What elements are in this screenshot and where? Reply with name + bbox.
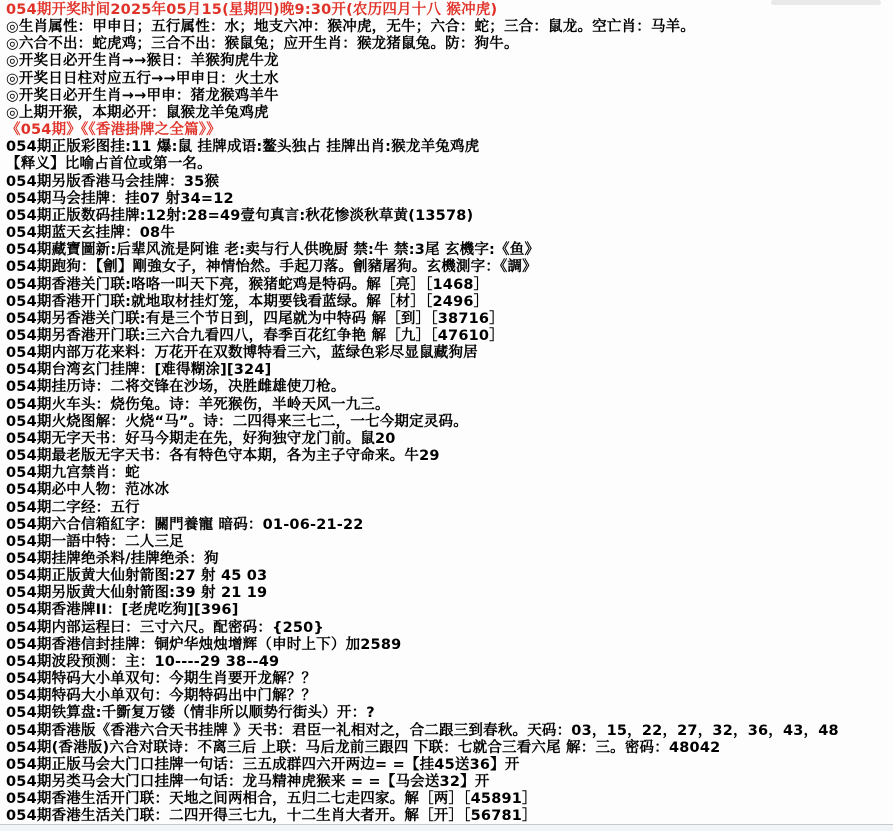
text-line: ◎生肖属性：甲申日；五行属性：水；地支六冲：猴冲虎，无牛；六合：蛇；三合：鼠龙。… [6, 19, 893, 36]
text-line: ◎开奖日日柱对应五行→→甲申日：火土水 [6, 71, 893, 88]
text-line: 054期香港开门联:就地取材挂灯笼，本期要钱看蓝绿。解［材］［2496］ [6, 294, 893, 311]
text-line: 054期香港版《香港六合天书挂牌 》天书：君臣一礼相对之，合二跟三到春秋。天码：… [6, 723, 893, 740]
text-line: 054期另版黄大仙射箭图:39 射 21 19 [6, 585, 893, 602]
text-line: 054期香港关门联:咯咯一叫天下亮，猴猪蛇鸡是特码。解［亮］［1468］ [6, 277, 893, 294]
text-line: 054期最老版无字天书：各有特色守本期，各为主子守命来。牛29 [6, 448, 893, 465]
text-line: ◎开奖日必开生肖→→甲申：猪龙猴鸡羊牛 [6, 88, 893, 105]
text-line: 054期必中人物：范冰冰 [6, 482, 893, 499]
text-line: 054期六合信箱紅字：關門養寵 暗码：01-06-21-22 [6, 517, 893, 534]
text-line: 054期跑狗：【劊】剛強女子，神情怡然。手起刀落。劊豬屠狗。玄機測字：《調》 [6, 259, 893, 276]
text-line: ◎开奖日必开生肖→→猴日：羊猴狗虎牛龙 [6, 53, 893, 70]
text-line: 054期香港生活开门联：天地之间两相合，五归二七走四家。解［两］［45891］ [6, 791, 893, 808]
text-line: 054期九宫禁肖：蛇 [6, 465, 893, 482]
text-line: 054期波段预测：主：10----29 38--49 [6, 654, 893, 671]
text-line: 054期内部运程曰：三寸六尺。配密码：{250} [6, 620, 893, 637]
text-line: 054期挂牌绝杀料/挂牌绝杀：狗 [6, 551, 893, 568]
text-line: 054期正版数码挂牌:12射:28=49壹句真言:秋花惨淡秋草黄(13578) [6, 208, 893, 225]
text-line: 054期特码大小单双句：今期生肖要开龙解？？ [6, 671, 893, 688]
text-line: 054期另香港开门联:三六合九看四八，春季百花红争艳 解［九］［47610］ [6, 328, 893, 345]
text-line: 054期香港牌II：[老虎吃狗][396] [6, 602, 893, 619]
text-line: 054期挂历诗：二将交锋在沙场，决胜雌雄使刀枪。 [6, 379, 893, 396]
text-line: ◎六合不出：蛇虎鸡；三合不出：猴鼠兔；应开生肖：猴龙猪鼠兔。防：狗牛。 [6, 36, 893, 53]
text-line: 054期(香港版)六合对联诗：不离三后 上联：马后龙前三跟四 下联：七就合三看六… [6, 740, 893, 757]
text-line: 054期香港信封挂牌：铜炉华烛烛增辉（申时上下）加2589 [6, 637, 893, 654]
text-line: 054期火烧图解：火烧“马”。诗：二四得来三七二，一七今期定灵码。 [6, 414, 893, 431]
text-line: 054期蓝天玄挂牌：08牛 [6, 225, 893, 242]
document-body: 054期开奖时间2025年05月15(星期四)晚9:30开(农历四月十八 猴冲虎… [6, 2, 893, 826]
text-line: 054期香港生活关门联：二四开得三七九，十二生肖大者开。解［开］［56781］ [6, 808, 893, 825]
highlight-line: 054期开奖时间2025年05月15(星期四)晚9:30开(农历四月十八 猴冲虎… [6, 2, 893, 19]
text-line: 054期一語中特：二人三足 [6, 534, 893, 551]
text-line: 054期藏寶圖新:后辈风流是阿谁 老:卖与行人供晚厨 禁:牛 禁:3尾 玄機字:… [6, 242, 893, 259]
text-line: 054期二字经：五行 [6, 500, 893, 517]
text-line: 054期内部万花来料：万花开在双数博特看三六，蓝绿色彩尽显鼠藏狗居 [6, 345, 893, 362]
text-line: 054期另类马会大门口挂牌一句话：龙马精神虎猴来 = =【马会送32】开 [6, 774, 893, 791]
text-line: 054期正版马会大门口挂牌一句话：三五成群四六开两边= =【挂45送36】开 [6, 757, 893, 774]
bottom-divider [0, 824, 893, 831]
text-line: 054期马会挂牌：挂07 射34=12 [6, 191, 893, 208]
text-line: 054期另版香港马会挂牌：35猴 [6, 174, 893, 191]
text-line: 054期火车头：烧伤兔。诗：羊死猴伤，半岭天风一九三。 [6, 397, 893, 414]
highlight-line: 《054期》《《香港掛牌之全篇》》 [6, 122, 893, 139]
text-line: 054期铁算盘:千斵复万镂（情非所以顺势行街头）开：? [6, 705, 893, 722]
text-line: 054期台湾玄门挂牌：[难得糊涂][324] [6, 362, 893, 379]
text-line: 054期正版黄大仙射箭图:27 射 45 03 [6, 568, 893, 585]
text-line: 054期另香港关门联:有是三个节日到，四尾就为中特码 解［到］［38716］ [6, 311, 893, 328]
text-line: ◎上期开猴，本期必开：鼠猴龙羊兔鸡虎 [6, 105, 893, 122]
text-line: 054期正版彩图挂:11 爆:鼠 挂牌成语:鳌头独占 挂牌出肖:猴龙羊兔鸡虎 [6, 139, 893, 156]
text-line: 【释义】比喻占首位或第一名。 [6, 156, 893, 173]
text-line: 054期无字天书：好马今期走在先，好狗独守龙门前。鼠20 [6, 431, 893, 448]
text-line: 054期特码大小单双句：今期特码出中门解？？ [6, 688, 893, 705]
